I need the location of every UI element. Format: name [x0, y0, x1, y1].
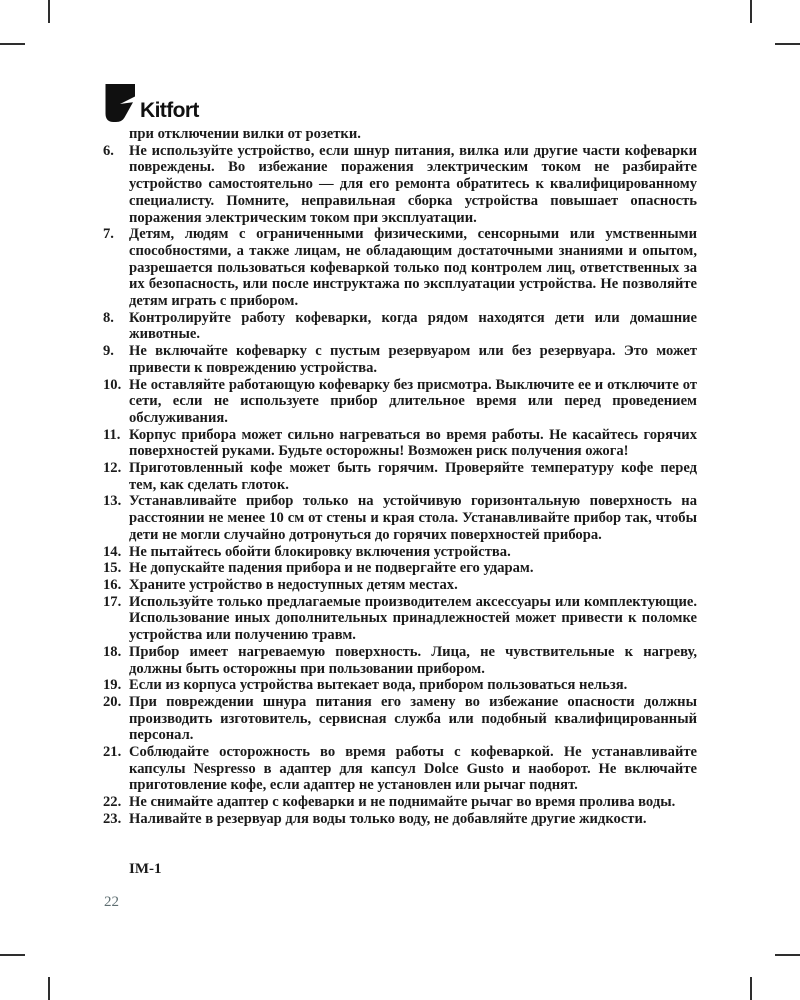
list-item: 12.Приготовленный кофе может быть горячи… — [103, 460, 697, 493]
crop-mark — [48, 977, 50, 1000]
list-item-text: Устанавливайте прибор только на устойчив… — [129, 493, 697, 542]
list-item-number: 7. — [103, 226, 114, 243]
crop-mark — [750, 0, 752, 23]
model-code: IM-1 — [129, 861, 162, 878]
list-item-text: Если из корпуса устройства вытекает вода… — [129, 677, 627, 693]
list-item: 7.Детям, людям с ограниченными физически… — [103, 226, 697, 310]
list-item-text: Храните устройство в недоступных детям м… — [129, 577, 458, 593]
list-item: 14.Не пытайтесь обойти блокировку включе… — [103, 544, 697, 561]
list-item-text: Корпус прибора может сильно нагреваться … — [129, 427, 697, 460]
intro-line: при отключении вилки от розетки. — [103, 126, 697, 143]
list-item: 19.Если из корпуса устройства вытекает в… — [103, 677, 697, 694]
list-item: 11.Корпус прибора может сильно нагревать… — [103, 427, 697, 460]
list-item-number: 16. — [103, 577, 121, 594]
list-item-number: 20. — [103, 694, 121, 711]
list-item: 10.Не оставляйте работающую кофеварку бе… — [103, 377, 697, 427]
list-item-text: Не включайте кофеварку с пустым резервуа… — [129, 343, 697, 376]
page-number: 22 — [104, 894, 119, 911]
manual-page: Kitfort при отключении вилки от розетки.… — [0, 0, 800, 1000]
list-item-number: 13. — [103, 493, 121, 510]
list-item-text: При повреждении шнура питания его замену… — [129, 694, 697, 743]
list-item-number: 22. — [103, 794, 121, 811]
list-item-text: Детям, людям с ограниченными физическими… — [129, 226, 697, 309]
list-item: 13.Устанавливайте прибор только на устой… — [103, 493, 697, 543]
list-item-text: Не оставляйте работающую кофеварку без п… — [129, 377, 697, 426]
list-item: 15.Не допускайте падения прибора и не по… — [103, 560, 697, 577]
list-item-text: Не допускайте падения прибора и не подве… — [129, 560, 534, 576]
crop-mark — [775, 954, 800, 956]
list-item: 20.При повреждении шнура питания его зам… — [103, 694, 697, 744]
list-item: 17.Используйте только предлагаемые произ… — [103, 594, 697, 644]
list-item-number: 18. — [103, 644, 121, 661]
list-item-number: 17. — [103, 594, 121, 611]
list-item-number: 19. — [103, 677, 121, 694]
crop-mark — [750, 977, 752, 1000]
list-item: 6.Не используйте устройство, если шнур п… — [103, 143, 697, 227]
list-item-text: Соблюдайте осторожность во время работы … — [129, 744, 697, 793]
list-item-text: Не пытайтесь обойти блокировку включения… — [129, 544, 511, 560]
list-item-number: 21. — [103, 744, 121, 761]
list-item-number: 8. — [103, 310, 114, 327]
list-item-text: Прибор имеет нагреваемую поверхность. Ли… — [129, 644, 697, 677]
page-body: при отключении вилки от розетки. 6.Не ис… — [103, 126, 697, 828]
kitfort-logo-icon — [104, 84, 135, 122]
crop-mark — [0, 43, 25, 45]
list-item: 8.Контролируйте работу кофеварки, когда … — [103, 310, 697, 343]
list-item: 21.Соблюдайте осторожность во время рабо… — [103, 744, 697, 794]
crop-mark — [48, 0, 50, 23]
list-item-text: Наливайте в резервуар для воды только во… — [129, 811, 647, 827]
list-item: 16.Храните устройство в недоступных детя… — [103, 577, 697, 594]
brand-logo: Kitfort — [104, 84, 199, 122]
list-item-number: 9. — [103, 343, 114, 360]
list-item-text: Не используйте устройство, если шнур пит… — [129, 143, 697, 226]
crop-mark — [0, 954, 25, 956]
list-item: 18.Прибор имеет нагреваемую поверхность.… — [103, 644, 697, 677]
list-item-text: Используйте только предлагаемые производ… — [129, 594, 697, 643]
list-item-text: Приготовленный кофе может быть горячим. … — [129, 460, 697, 493]
list-item-number: 10. — [103, 377, 121, 394]
list-item-text: Не снимайте адаптер с кофеварки и не под… — [129, 794, 675, 810]
list-item-number: 14. — [103, 544, 121, 561]
list-item: 9.Не включайте кофеварку с пустым резерв… — [103, 343, 697, 376]
list-item-text: Контролируйте работу кофеварки, когда ря… — [129, 310, 697, 343]
list-item-number: 23. — [103, 811, 121, 828]
list-item: 23.Наливайте в резервуар для воды только… — [103, 811, 697, 828]
safety-list: 6.Не используйте устройство, если шнур п… — [103, 143, 697, 828]
list-item-number: 15. — [103, 560, 121, 577]
list-item: 22.Не снимайте адаптер с кофеварки и не … — [103, 794, 697, 811]
crop-mark — [775, 43, 800, 45]
list-item-number: 6. — [103, 143, 114, 160]
list-item-number: 11. — [103, 427, 120, 444]
brand-name: Kitfort — [140, 100, 199, 121]
list-item-number: 12. — [103, 460, 121, 477]
